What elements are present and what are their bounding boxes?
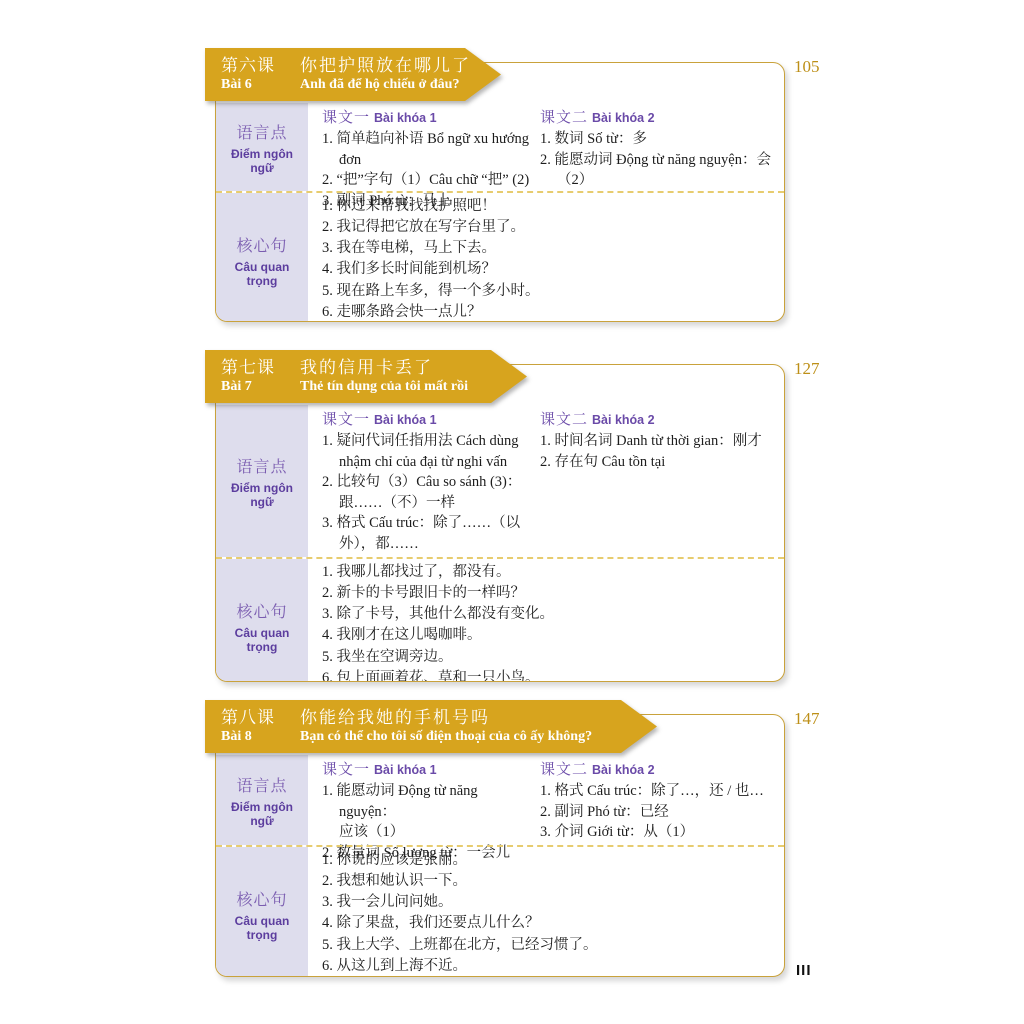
language-point-item: 2. 存在句 Câu tồn tại [540, 452, 778, 473]
core-sentences-content: 1. 我哪儿都找过了，都没有。 2. 新卡的卡号跟旧卡的一样吗？ 3. 除了卡号… [308, 559, 784, 682]
language-points-label-vi: Điểm ngôn ngữ [218, 481, 306, 509]
lesson-title: 我的信用卡丢了 Thẻ tín dụng của tôi mất rồi [300, 357, 468, 396]
language-point-item: 2. “把”字句（1）Câu chữ “把” (2) [322, 170, 534, 191]
core-sentences-label-vi: Câu quan trọng [218, 914, 306, 942]
text2-header-vi: Bài khóa 2 [592, 413, 655, 427]
language-points-content: 课文一 Bài khóa 1 1. 能愿动词 Động từ năng nguy… [308, 755, 784, 845]
language-points-label-vi: Điểm ngôn ngữ [218, 147, 306, 175]
core-sentence: 4. 除了果盘，我们还要点儿什么？ [322, 913, 778, 934]
text2-header-zh: 课文二 [540, 762, 588, 778]
text1-header: 课文一 Bài khóa 1 [322, 106, 534, 127]
language-point-item: 3. 格式 Cấu trúc：除了……（以 外），都…… [322, 513, 534, 554]
lesson-number: 第八课 Bài 8 [221, 707, 300, 746]
lesson-number: 第七课 Bài 7 [221, 357, 300, 396]
lesson-title: 你能给我她的手机号吗 Bạn có thể cho tôi số điện th… [300, 707, 592, 746]
core-sentence: 3. 我一会儿问问她。 [322, 892, 778, 913]
lesson-title: 你把护照放在哪儿了 Anh đã để hộ chiếu ở đâu? [300, 55, 471, 94]
lesson-title-zh: 你把护照放在哪儿了 [300, 55, 471, 76]
core-sentence: 3. 除了卡号，其他什么都没有变化。 [322, 604, 778, 625]
lesson-content-box: 语言点 Điểm ngôn ngữ 课文一 Bài khóa 1 1. 简单趋向… [215, 62, 785, 322]
core-sentences-row: 核心句 Câu quan trọng 1. 我哪儿都找过了，都没有。 2. 新卡… [216, 557, 784, 682]
core-sentences-label: 核心句 Câu quan trọng [216, 847, 308, 977]
text2-header: 课文二 Bài khóa 2 [540, 408, 778, 429]
core-sentences-label-zh: 核心句 [236, 887, 287, 910]
core-sentence: 1. 你说的应该是张丽。 [322, 850, 778, 871]
language-point-item: 1. 疑问代词任指用法 Cách dùng nhậm chỉ của đại t… [322, 431, 534, 472]
lesson-number-zh: 第六课 [221, 55, 300, 76]
lesson-title-zh: 我的信用卡丢了 [300, 357, 468, 378]
text1-column: 课文一 Bài khóa 1 1. 简单趋向补语 Bổ ngữ xu hướng… [322, 106, 540, 185]
core-sentences-label: 核心句 Câu quan trọng [216, 193, 308, 322]
core-sentences-label-zh: 核心句 [236, 599, 287, 622]
text1-header-zh: 课文一 [322, 412, 370, 428]
lesson-number-vi: Bài 8 [221, 728, 300, 746]
language-point-item: 3. 介词 Giới từ：从（1） [540, 822, 778, 843]
text1-header-zh: 课文一 [322, 762, 370, 778]
core-sentence: 2. 我想和她认识一下。 [322, 871, 778, 892]
language-point-item: 1. 简单趋向补语 Bổ ngữ xu hướng đơn [322, 129, 534, 170]
text1-header-vi: Bài khóa 1 [374, 763, 437, 777]
language-point-item: 1. 时间名词 Danh từ thời gian：刚才 [540, 431, 778, 452]
lesson-content-box: 语言点 Điểm ngôn ngữ 课文一 Bài khóa 1 1. 疑问代词… [215, 364, 785, 682]
page-number: 127 [794, 359, 820, 379]
core-sentences-label-zh: 核心句 [236, 233, 287, 256]
language-points-label-vi: Điểm ngôn ngữ [218, 800, 306, 828]
core-sentence: 5. 我坐在空调旁边。 [322, 647, 778, 668]
language-points-label-zh: 语言点 [236, 120, 287, 143]
text2-column: 课文二 Bài khóa 2 1. 数词 Số từ：多 2. 能愿动词 Độn… [540, 106, 778, 185]
core-sentence: 4. 我刚才在这儿喝咖啡。 [322, 625, 778, 646]
core-sentence: 5. 现在路上车多，得一个多小时。 [322, 281, 778, 302]
text2-header-vi: Bài khóa 2 [592, 763, 655, 777]
lesson-number-vi: Bài 7 [221, 378, 300, 396]
language-points-content: 课文一 Bài khóa 1 1. 疑问代词任指用法 Cách dùng nhậ… [308, 405, 784, 557]
core-sentence: 5. 我上大学、上班都在北方，已经习惯了。 [322, 935, 778, 956]
core-sentences-label: 核心句 Câu quan trọng [216, 559, 308, 682]
text1-header-vi: Bài khóa 1 [374, 111, 437, 125]
core-sentence: 6. 包上面画着花、草和一只小鸟。 [322, 668, 778, 682]
core-sentences-row: 核心句 Câu quan trọng 1. 你说的应该是张丽。 2. 我想和她认… [216, 845, 784, 977]
footer-page-roman: III [796, 962, 812, 979]
lesson-number-vi: Bài 6 [221, 76, 300, 94]
language-points-label: 语言点 Điểm ngôn ngữ [216, 103, 308, 191]
text1-header: 课文一 Bài khóa 1 [322, 758, 534, 779]
lesson-title-vi: Thẻ tín dụng của tôi mất rồi [300, 378, 468, 396]
core-sentence: 1. 你过来帮我找找护照吧！ [322, 196, 778, 217]
text1-header-vi: Bài khóa 1 [374, 413, 437, 427]
core-sentence: 6. 从这儿到上海不近。 [322, 956, 778, 977]
core-sentence: 1. 我哪儿都找过了，都没有。 [322, 562, 778, 583]
lesson-number-zh: 第八课 [221, 707, 300, 728]
language-point-item: 1. 数词 Số từ：多 [540, 129, 778, 150]
core-sentences-row: 核心句 Câu quan trọng 1. 你过来帮我找找护照吧！ 2. 我记得… [216, 191, 784, 322]
language-point-item: 1. 能愿动词 Động từ năng nguyện： 应该（1） [322, 781, 534, 843]
core-sentences-content: 1. 你说的应该是张丽。 2. 我想和她认识一下。 3. 我一会儿问问她。 4.… [308, 847, 784, 977]
text2-header-zh: 课文二 [540, 412, 588, 428]
text1-header-zh: 课文一 [322, 110, 370, 126]
language-points-label-zh: 语言点 [236, 454, 287, 477]
text1-column: 课文一 Bài khóa 1 1. 疑问代词任指用法 Cách dùng nhậ… [322, 408, 540, 551]
core-sentence: 2. 我记得把它放在写字台里了。 [322, 217, 778, 238]
lesson-banner: 第七课 Bài 7 我的信用卡丢了 Thẻ tín dụng của tôi m… [205, 350, 527, 403]
language-points-row: 语言点 Điểm ngôn ngữ 课文一 Bài khóa 1 1. 疑问代词… [216, 405, 784, 557]
text1-column: 课文一 Bài khóa 1 1. 能愿动词 Động từ năng nguy… [322, 758, 540, 839]
language-points-label: 语言点 Điểm ngôn ngữ [216, 755, 308, 845]
language-points-row: 语言点 Điểm ngôn ngữ 课文一 Bài khóa 1 1. 简单趋向… [216, 103, 784, 191]
core-sentence: 6. 走哪条路会快一点儿？ [322, 302, 778, 322]
language-point-item: 2. 副词 Phó từ：已经 [540, 802, 778, 823]
text2-header: 课文二 Bài khóa 2 [540, 758, 778, 779]
core-sentence: 4. 我们多长时间能到机场？ [322, 259, 778, 280]
lesson-number: 第六课 Bài 6 [221, 55, 300, 94]
language-point-item: 2. 能愿动词 Động từ năng nguyện：会（2） [540, 150, 778, 191]
lesson-content-box: 语言点 Điểm ngôn ngữ 课文一 Bài khóa 1 1. 能愿动词… [215, 714, 785, 977]
page-number: 105 [794, 57, 820, 77]
core-sentence: 3. 我在等电梯，马上下去。 [322, 238, 778, 259]
core-sentences-label-vi: Câu quan trọng [218, 626, 306, 654]
lesson-banner: 第八课 Bài 8 你能给我她的手机号吗 Bạn có thể cho tôi … [205, 700, 657, 753]
core-sentence: 2. 新卡的卡号跟旧卡的一样吗？ [322, 583, 778, 604]
language-points-content: 课文一 Bài khóa 1 1. 简单趋向补语 Bổ ngữ xu hướng… [308, 103, 784, 191]
text2-header-zh: 课文二 [540, 110, 588, 126]
lesson-title-vi: Bạn có thể cho tôi số điện thoại của cô … [300, 728, 592, 746]
page-number: 147 [794, 709, 820, 729]
lesson-title-vi: Anh đã để hộ chiếu ở đâu? [300, 76, 471, 94]
language-point-item: 2. 比较句（3）Câu so sánh (3)： 跟……（不）一样 [322, 472, 534, 513]
text1-header: 课文一 Bài khóa 1 [322, 408, 534, 429]
text2-header: 课文二 Bài khóa 2 [540, 106, 778, 127]
text2-column: 课文二 Bài khóa 2 1. 时间名词 Danh từ thời gian… [540, 408, 778, 551]
language-points-row: 语言点 Điểm ngôn ngữ 课文一 Bài khóa 1 1. 能愿动词… [216, 755, 784, 845]
language-points-label-zh: 语言点 [236, 773, 287, 796]
lesson-number-zh: 第七课 [221, 357, 300, 378]
core-sentences-label-vi: Câu quan trọng [218, 260, 306, 288]
text2-column: 课文二 Bài khóa 2 1. 格式 Cấu trúc：除了…，还 / 也…… [540, 758, 778, 839]
language-point-item: 1. 格式 Cấu trúc：除了…，还 / 也… [540, 781, 778, 802]
text2-header-vi: Bài khóa 2 [592, 111, 655, 125]
lesson-title-zh: 你能给我她的手机号吗 [300, 707, 592, 728]
lesson-banner: 第六课 Bài 6 你把护照放在哪儿了 Anh đã để hộ chiếu ở… [205, 48, 501, 101]
language-points-label: 语言点 Điểm ngôn ngữ [216, 405, 308, 557]
core-sentences-content: 1. 你过来帮我找找护照吧！ 2. 我记得把它放在写字台里了。 3. 我在等电梯… [308, 193, 784, 322]
